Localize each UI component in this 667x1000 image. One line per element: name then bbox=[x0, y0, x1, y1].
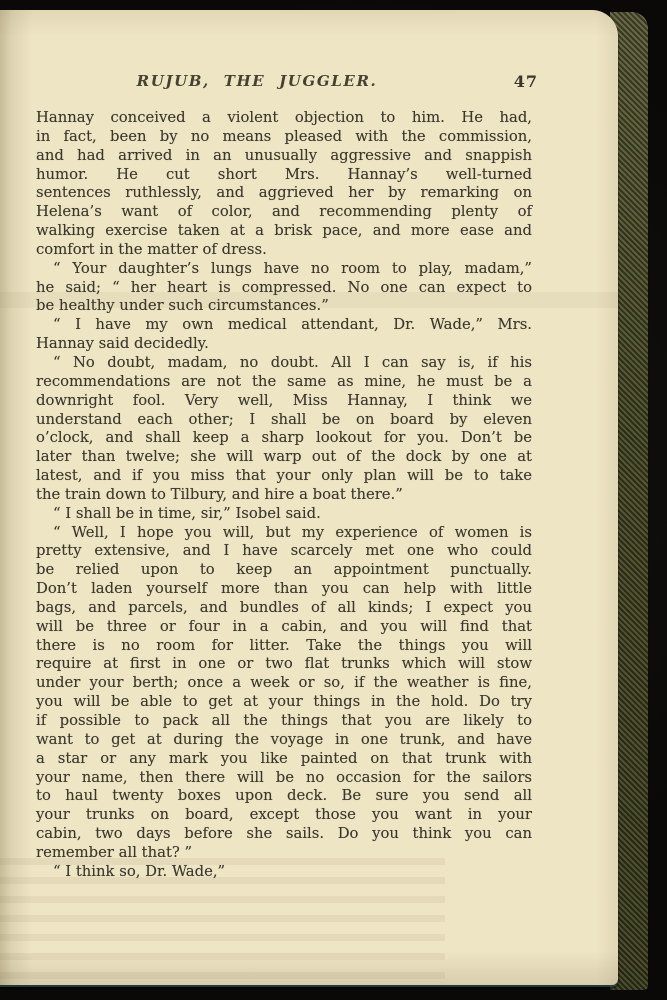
text-line: “ No doubt, madam, no doubt. All I can s… bbox=[36, 354, 532, 373]
text-line: Hannay conceived a violent objection to … bbox=[36, 109, 532, 128]
page-number: 47 bbox=[514, 72, 538, 91]
text-line: sentences ruthlessly, and aggrieved her … bbox=[36, 184, 532, 203]
text-line: “ I shall be in time, sir,” Isobel said. bbox=[36, 505, 532, 524]
text-line: your name, then there will be no occasio… bbox=[36, 769, 532, 788]
text-line: understand each other; I shall be on boa… bbox=[36, 411, 532, 430]
text-line: “ Well, I hope you will, but my experien… bbox=[36, 524, 532, 543]
paragraph: “ Your daughter’s lungs have no room to … bbox=[36, 260, 532, 317]
paragraph: “ I think so, Dr. Wade,” bbox=[36, 863, 532, 882]
text-line: downright fool. Very well, Miss Hannay, … bbox=[36, 392, 532, 411]
text-line: your trunks on board, except those you w… bbox=[36, 806, 532, 825]
book-page: RUJUB, THE JUGGLER. 47 Hannay conceived … bbox=[0, 10, 618, 985]
text-line: Hannay said decidedly. bbox=[36, 335, 532, 354]
text-line: Helena’s want of color, and recommending… bbox=[36, 203, 532, 222]
text-line: “ Your daughter’s lungs have no room to … bbox=[36, 260, 532, 279]
scanned-book-photo: RUJUB, THE JUGGLER. 47 Hannay conceived … bbox=[0, 0, 667, 1000]
paragraph: “ Well, I hope you will, but my experien… bbox=[36, 524, 532, 863]
text-line: “ I have my own medical attendant, Dr. W… bbox=[36, 316, 532, 335]
text-line: bags, and parcels, and bundles of all ki… bbox=[36, 599, 532, 618]
text-line: remember all that? ” bbox=[36, 844, 532, 863]
running-head: RUJUB, THE JUGGLER. 47 bbox=[36, 72, 538, 94]
text-line: you will be able to get at your things i… bbox=[36, 693, 532, 712]
text-line: recommendations are not the same as mine… bbox=[36, 373, 532, 392]
text-line: under your berth; once a week or so, if … bbox=[36, 674, 532, 693]
text-line: there is no room for litter. Take the th… bbox=[36, 637, 532, 656]
text-line: want to get at during the voyage in one … bbox=[36, 731, 532, 750]
text-line: “ I think so, Dr. Wade,” bbox=[36, 863, 532, 882]
text-line: the train down to Tilbury, and hire a bo… bbox=[36, 486, 532, 505]
text-line: if possible to pack all the things that … bbox=[36, 712, 532, 731]
text-line: humor. He cut short Mrs. Hannay’s well-t… bbox=[36, 166, 532, 185]
text-line: to haul twenty boxes upon deck. Be sure … bbox=[36, 787, 532, 806]
running-title: RUJUB, THE JUGGLER. bbox=[36, 72, 478, 90]
text-line: cabin, two days before she sails. Do you… bbox=[36, 825, 532, 844]
text-line: o’clock, and shall keep a sharp lookout … bbox=[36, 429, 532, 448]
text-line: a star or any mark you like painted on t… bbox=[36, 750, 532, 769]
text-line: pretty extensive, and I have scarcely me… bbox=[36, 542, 532, 561]
text-line: in fact, been by no means pleased with t… bbox=[36, 128, 532, 147]
text-line: walking exercise taken at a brisk pace, … bbox=[36, 222, 532, 241]
text-line: latest, and if you miss that your only p… bbox=[36, 467, 532, 486]
text-line: later than twelve; she will warp out of … bbox=[36, 448, 532, 467]
text-line: Don’t laden yourself more than you can h… bbox=[36, 580, 532, 599]
text-line: be relied upon to keep an appointment pu… bbox=[36, 561, 532, 580]
text-line: and had arrived in an unusually aggressi… bbox=[36, 147, 532, 166]
text-line: he said; “ her heart is compressed. No o… bbox=[36, 279, 532, 298]
text-line: comfort in the matter of dress. bbox=[36, 241, 532, 260]
page-text: Hannay conceived a violent objection to … bbox=[36, 109, 532, 882]
text-line: be healthy under such circumstances.” bbox=[36, 297, 532, 316]
paragraph: “ No doubt, madam, no doubt. All I can s… bbox=[36, 354, 532, 505]
text-line: require at first in one or two flat trun… bbox=[36, 655, 532, 674]
text-line: will be three or four in a cabin, and yo… bbox=[36, 618, 532, 637]
paragraph: Hannay conceived a violent objection to … bbox=[36, 109, 532, 260]
paragraph: “ I shall be in time, sir,” Isobel said. bbox=[36, 505, 532, 524]
paragraph: “ I have my own medical attendant, Dr. W… bbox=[36, 316, 532, 354]
